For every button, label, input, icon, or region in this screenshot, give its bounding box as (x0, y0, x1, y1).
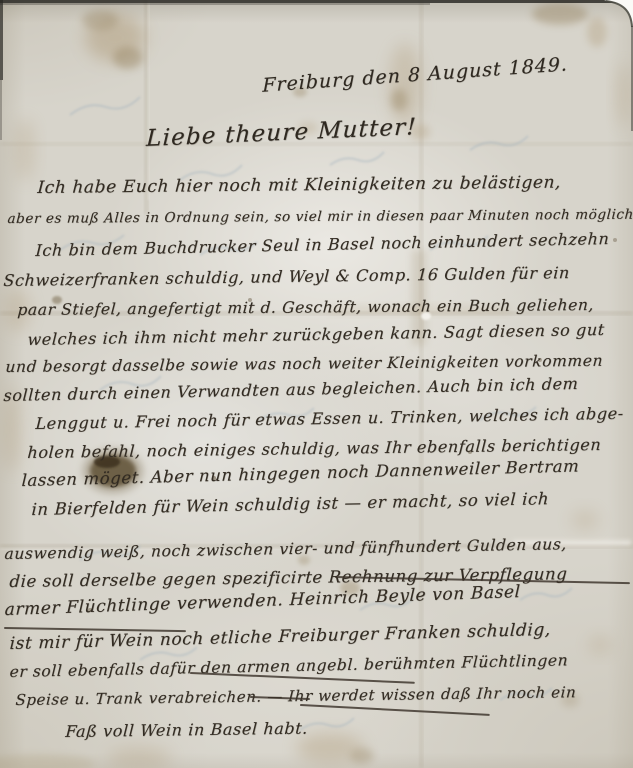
letter-line: Ich bin dem Buchdrucker Seul in Basel no… (35, 229, 610, 260)
letter-line: auswendig weiß, noch zwischen vier- und … (4, 535, 567, 563)
letter-line: lassen möget. Aber nun hingegen noch Dan… (21, 456, 580, 490)
salutation: Liebe theure Mutter! (146, 114, 418, 152)
letter-line: welches ich ihm nicht mehr zurückgeben k… (27, 320, 605, 349)
letter-line: Schweizerfranken schuldig, und Weyl & Co… (3, 263, 570, 290)
letter-line: ist mir für Wein noch etliche Freiburger… (9, 620, 551, 654)
dateline: Freiburg den 8 August 1849. (262, 53, 568, 96)
letter-content: Freiburg den 8 August 1849. Liebe theure… (0, 0, 633, 768)
letter-line: aber es muß Alles in Ordnung sein, so vi… (7, 206, 633, 227)
letter-line: und besorgt dasselbe sowie was noch weit… (5, 352, 604, 376)
underline-stroke (300, 704, 490, 716)
letter-line: in Bierfelden für Wein schuldig ist — er… (31, 489, 549, 519)
letter-line: Faß voll Wein in Basel habt. (65, 719, 309, 741)
letter-line: sollten durch einen Verwandten aus begle… (3, 374, 579, 405)
letter-line: Speise u. Trank verabreichen. — Ihr werd… (15, 683, 577, 709)
letter-photo: Freiburg den 8 August 1849. Liebe theure… (0, 0, 633, 768)
letter-line: paar Stiefel, angefertigt mit d. Geschäf… (17, 296, 595, 319)
letter-line: Ich habe Euch hier noch mit Kleinigkeite… (37, 173, 562, 198)
letter-line: Lenggut u. Frei noch für etwas Essen u. … (35, 404, 624, 433)
